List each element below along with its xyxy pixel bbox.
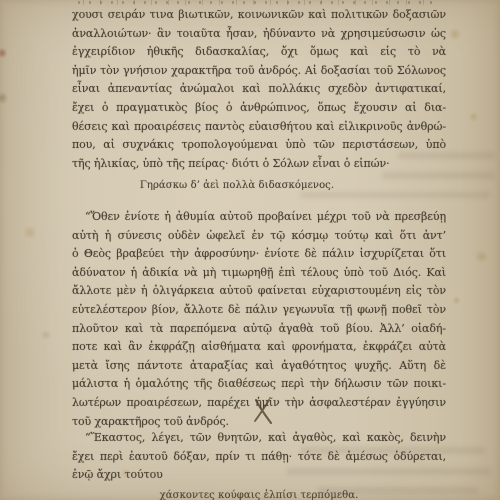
handwritten-x-mark [252, 398, 274, 425]
text-line: ἀδύνατον ἡ ἀδικία νὰ μὴ τιμωρηθῇ ἐπὶ τέλ… [72, 264, 446, 283]
text-line: μετὰ ἴσης πάντοτε ἀταραξίας καὶ ἀγαθότητ… [72, 357, 446, 376]
foxing-spot [452, 296, 461, 305]
text-line: ποτε καὶ ἂν ἐκφράζῃ αἰσθήματα καὶ φρονήμ… [72, 338, 446, 357]
text-line: “Ἕκαστος, λέγει, τῶν θνητῶν, καὶ ἀγαθὸς,… [72, 429, 446, 448]
text-line: ἐνῷ ἄχρι τούτου [72, 466, 446, 485]
ink-blot [0, 48, 8, 58]
text-line: ἔχει περὶ ἑαυτοῦ δόξαν, πρίν τι πάθῃ· τό… [72, 448, 446, 467]
text-line: τῆς ἡλικίας, ὑπὸ τῆς πείρας· διότι ὁ Σόλ… [72, 155, 446, 174]
text-line: ἄλλοτε μὲν ἡ ὀλιγάρκεια αὐτοῦ φαίνεται ε… [72, 282, 446, 301]
text-line: ἀναλλοιώτων· ἂν τοιαῦτα ἦσαν, ἠδύναντο ν… [72, 25, 446, 44]
scanned-book-page: χουσι σειράν τινα βιωτικῶν, κοινωνικῶν κ… [0, 0, 500, 500]
text-line: χουσι σειράν τινα βιωτικῶν, κοινωνικῶν κ… [72, 6, 446, 25]
text-line: ὁ Θεὸς βραβεύει τὴν ἀφροσύνην· ἐνίοτε δὲ… [72, 245, 446, 264]
text-line: εἶναι ἀπεναντίας ἀνώμαλοι καὶ πολλάκις σ… [72, 80, 446, 99]
text-line: ἡμῖν τὸν γνήσιον χαρακτῆρα τοῦ ἀνδρός. Α… [72, 62, 446, 81]
verse-quote-solon-gerasko: Γηράσκω δ’ ἀεὶ πολλὰ διδασκόμενος. [50, 179, 424, 193]
text-line: ἐγχειρίδιον ἠθικῆς διδασκαλίας, ὄχι ὅμως… [72, 43, 446, 62]
text-line: ἔχει ὁ πραγματικὸς βίος ὁ ἀνθρώπινος, ὅπ… [72, 99, 446, 118]
text-line: που, αἱ συχνάκις τροπολογούμεναι ὑπὸ τῶν… [72, 136, 446, 155]
foxing-spot [22, 226, 38, 239]
paragraph-continuation: χουσι σειράν τινα βιωτικῶν, κοινωνικῶν κ… [72, 6, 446, 173]
text-line: εὐτελέστερον βίον, ἄλλοτε δὲ πάλιν γεγων… [72, 301, 446, 320]
verse-quote-solon-chaskontes: χάσκοντες κούφαις ἐλπίσι τερπόμεθα. [72, 489, 446, 500]
foxing-spot [468, 112, 479, 122]
text-line: αὐτὴ ἡ σύνεσις οὐδὲν ὠφελεῖ ἐν τῷ κόσμῳ … [72, 227, 446, 246]
foxing-spot [474, 250, 489, 263]
text-line: θέσεις καὶ προαιρέσεις παντὸς εὐαισθήτου… [72, 118, 446, 137]
clipped-previous-line-fragments [78, 0, 438, 5]
ink-blot [0, 92, 9, 104]
text-line: πλοῦτον καὶ τὰ παρεπόμενα αὐτῷ ἀγαθὰ τοῦ… [72, 320, 446, 339]
text-line: μάλιστα ἡ ὁμαλότης τῆς διαθέσεως περὶ τὴ… [72, 375, 446, 394]
paragraph-hekastos-quote: “Ἕκαστος, λέγει, τῶν θνητῶν, καὶ ἀγαθὸς,… [72, 429, 446, 485]
foxing-spot [40, 330, 52, 340]
foxing-spot [448, 28, 462, 40]
text-line: “Ὅθεν ἐνίοτε ἡ ἀθυμία αὐτοῦ προβαίνει μέ… [72, 208, 446, 227]
